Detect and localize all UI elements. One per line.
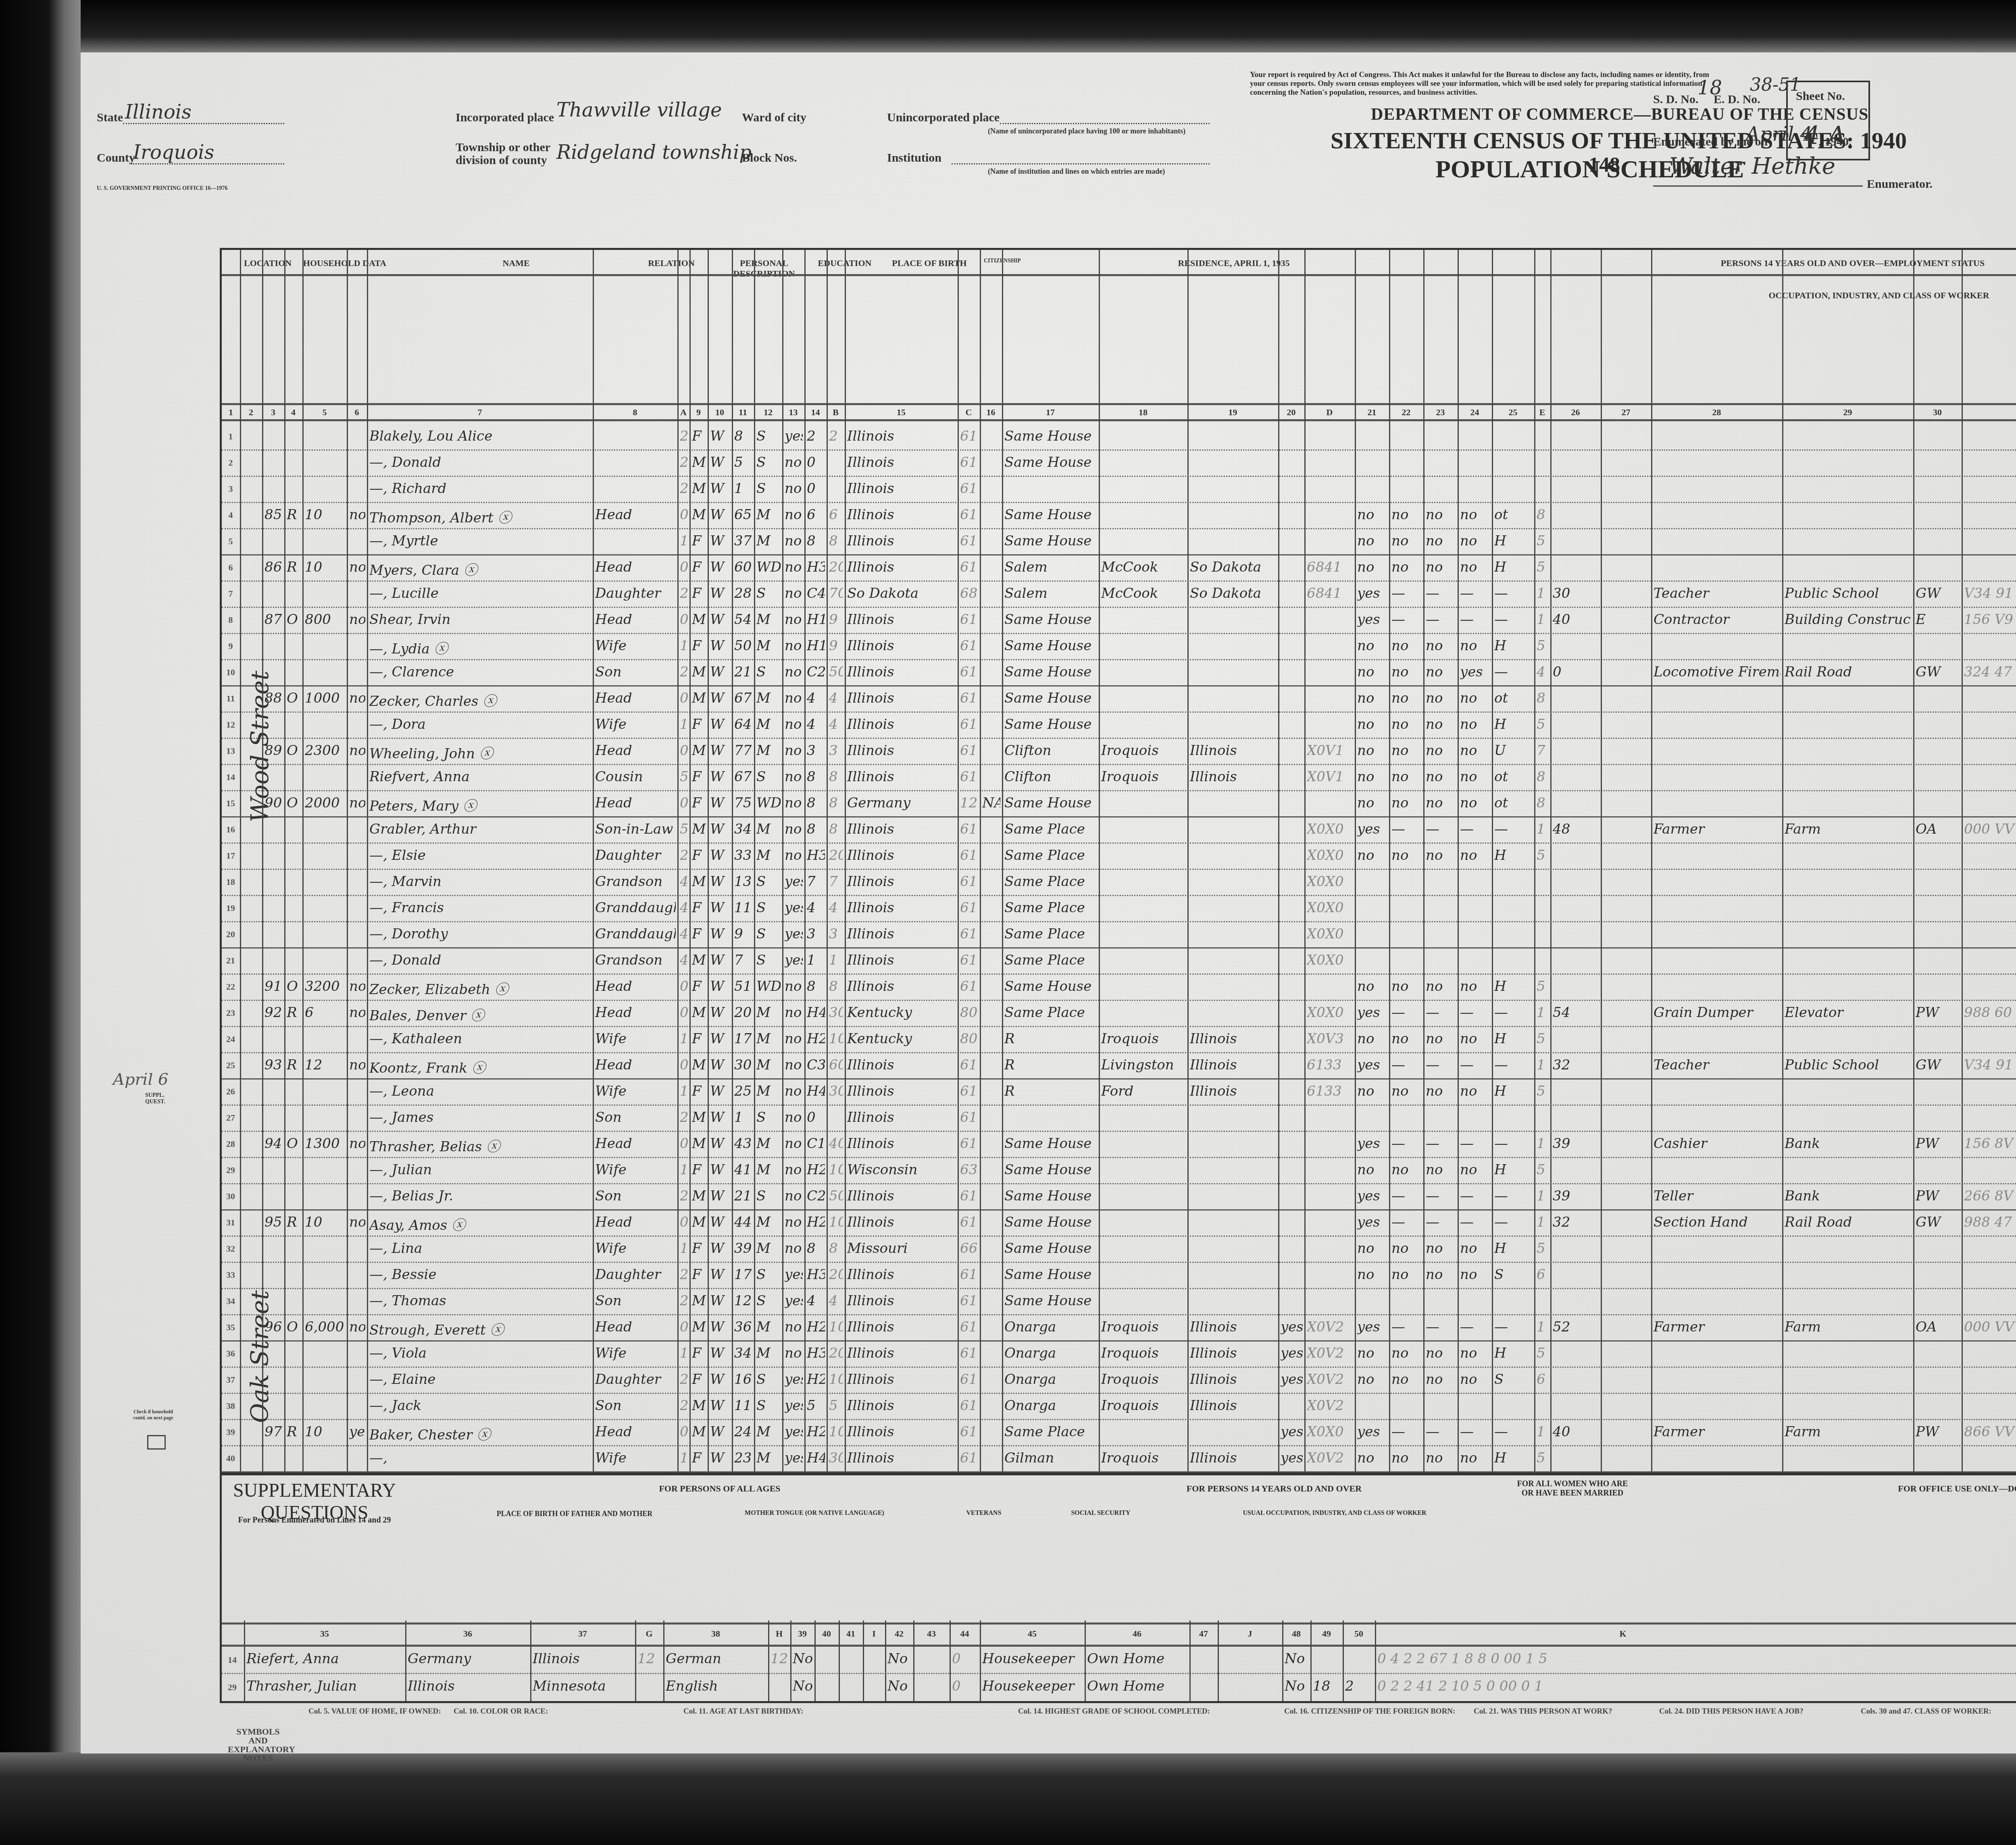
column-number: 18 [1099,407,1187,418]
cell-res-state: Illinois [1190,769,1277,785]
cell-relation: Head [595,743,676,759]
cell-name: Baker, Chester ⓧ [369,1424,591,1444]
supp-cell-tongue: German [666,1651,766,1667]
cell-c21: yes [1357,1424,1387,1440]
state-underline [123,123,284,124]
cell-code-e: 1 [1537,1005,1549,1021]
supp-cell-c44: 0 [952,1651,978,1667]
cell-race: W [710,690,730,706]
cell-hours: 52 [1553,1319,1599,1335]
cell-sex: F [692,795,706,811]
cell-class: PW [1916,1005,1960,1021]
line-number: 10 [223,667,239,678]
cell-code-c: 68 [960,585,978,601]
cell-race: W [710,1214,730,1230]
cell-c24: no [1460,795,1490,811]
cell-relation: Wife [595,1162,676,1178]
unincorporated-label: Unincorporated place [887,111,1000,125]
cell-code-a: 1 [680,1083,688,1099]
cell-race: W [710,821,730,837]
cell-birthplace: Illinois [847,1267,956,1283]
cell-name: Shear, Irvin [369,612,591,628]
cell-grade: 3 [807,926,825,942]
cell-grade: H4 [807,1450,825,1466]
cell-code-b: 8 [829,795,843,811]
cell-race: W [710,559,730,575]
line-number: 21 [223,955,239,966]
line-number: 14 [223,772,239,782]
cell-sex: M [692,1188,706,1204]
cell-code-a: 0 [680,1319,688,1335]
cell-code-b: 50 [829,1188,843,1204]
cell-code-a: 0 [680,1214,688,1230]
cell-grade: 2 [807,428,825,444]
cell-value: 2000 [305,795,345,811]
cell-res-city: Same House [1004,612,1097,628]
county-value: Iroquois [133,141,214,164]
cell-relation: Head [595,1005,676,1021]
cell-code-a: 2 [680,1267,688,1283]
household-continued-note: Check if household contd. on next page [133,1409,173,1421]
line-number: 33 [223,1270,239,1280]
cell-c22: no [1391,978,1422,994]
cell-code-c: 61 [960,1398,978,1414]
cell-school: no [785,1109,803,1125]
line-number: 35 [223,1322,239,1333]
column-number: 17 [1002,407,1099,418]
column-number: 8 [593,407,677,418]
cell-code-c: 61 [960,900,978,916]
cell-code-a: 0 [680,1424,688,1440]
cell-relation: Head [595,1057,676,1073]
cell-birthplace: Illinois [847,664,956,680]
cell-tenure: R [287,559,301,575]
line-number: 2 [223,458,239,468]
cell-code-c: 61 [960,952,978,968]
line-number: 22 [223,982,239,992]
supp-column-number: 38 [663,1629,768,1639]
cell-race: W [710,978,730,994]
cell-marital: M [756,533,781,549]
cell-c25: ot [1494,507,1533,523]
supp-cell-father: Illinois [408,1678,529,1694]
cell-c21: yes [1357,1188,1387,1204]
cell-hours: 40 [1553,1424,1599,1440]
cell-c21: no [1357,795,1387,811]
cell-c23: no [1426,559,1456,575]
cell-relation: Wife [595,638,676,654]
cell-code-c: 61 [960,821,978,837]
cell-age: 34 [734,1345,752,1361]
cell-code-e: 1 [1537,1057,1549,1073]
cell-tenure: R [287,507,301,523]
cell-code-c: 80 [960,1005,978,1021]
cell-res-state: Illinois [1190,1398,1277,1414]
cell-code-b: 9 [829,638,843,654]
cell-code-b: 2 [829,428,843,444]
cell-sex: F [692,1240,706,1256]
cell-c24: — [1460,1319,1490,1335]
cell-hours: 48 [1553,821,1599,837]
cell-birthplace: Illinois [847,612,956,628]
supp-column-number: 41 [839,1629,863,1639]
cell-sex: M [692,1057,706,1073]
note-col21: Col. 21. WAS THIS PERSON AT WORK? [1474,1707,1612,1716]
cell-birthplace: Illinois [847,1450,956,1466]
supp-column-number: 48 [1282,1629,1310,1639]
column-number: 24 [1458,407,1492,418]
cell-res-city: Clifton [1004,743,1097,759]
cell-c24: no [1460,1083,1490,1099]
cell-c23: — [1426,585,1456,601]
cell-marital: S [756,769,781,785]
cell-code-a: 2 [680,480,688,497]
column-number: D [1304,407,1355,418]
cell-c22: — [1391,1214,1422,1230]
cell-sex: F [692,1345,706,1361]
cell-birthplace: Illinois [847,1083,956,1099]
section-citizenship: CITIZENSHIP [984,258,1008,264]
cell-code-e: 6 [1537,1267,1549,1283]
cell-relation: Head [595,978,676,994]
ward-label: Ward of city [742,111,806,125]
cell-sex: F [692,1267,706,1283]
cell-c21: no [1357,1031,1387,1047]
cell-age: 51 [734,978,752,994]
cell-grade: 3 [807,743,825,759]
incorporated-value: Thawville village [556,99,722,121]
cell-farm: no [349,743,365,759]
line-number: 29 [223,1165,239,1175]
cell-school: no [785,795,803,811]
cell-school: no [785,821,803,837]
cell-class: GW [1916,585,1960,601]
cell-marital: M [756,612,781,628]
cell-c21: no [1357,1345,1387,1361]
cell-marital: S [756,664,781,680]
cell-c24: no [1460,1031,1490,1047]
cell-code-b: 60 [829,1057,843,1073]
supp-cell-office: 0 2 2 41 2 10 5 0 00 0 1 [1377,1678,1869,1694]
supp-cell-vet: No [793,1651,813,1667]
cell-c25: — [1494,1319,1533,1335]
veterans-heading: VETERANS [919,1510,1048,1517]
cell-grade: H4 [807,1005,825,1021]
cell-code-e: 1 [1537,1188,1549,1204]
cell-res-state: Illinois [1190,1057,1277,1073]
cell-code-b: 10 [829,1371,843,1387]
line-number: 17 [223,851,239,861]
cell-grade: C3 [807,1057,825,1073]
cell-code-d: X0V1 [1307,743,1353,759]
block-label: Block Nos. [742,151,797,165]
cell-code-c: 61 [960,480,978,497]
cell-race: W [710,874,730,890]
cell-res-state: So Dakota [1190,585,1277,601]
unincorporated-note: (Name of unincorporated place having 100… [988,127,1185,135]
cell-age: 75 [734,795,752,811]
column-number: 28 [1651,407,1782,418]
checkbox-household-continued[interactable] [147,1435,166,1450]
column-number: 27 [1601,407,1651,418]
cell-marital: S [756,926,781,942]
cell-c25: — [1494,1424,1533,1440]
column-number: 2 [240,407,262,418]
cell-code-c: 12 [960,795,978,811]
cell-school: no [785,1240,803,1256]
line-number: 15 [223,798,239,809]
cell-grade: H3 [807,1345,825,1361]
cell-sex: M [692,480,706,497]
cell-marital: S [756,480,781,497]
cell-marital: M [756,1136,781,1152]
column-number: 13 [782,407,804,418]
cell-marital: S [756,1371,781,1387]
cell-sex: M [692,1398,706,1414]
cell-relation: Wife [595,1083,676,1099]
cell-code-c: 61 [960,1319,978,1335]
column-number: 10 [708,407,732,418]
cell-c24: no [1460,559,1490,575]
cell-school: yes [785,926,803,942]
cell-farm: no [349,1214,365,1230]
cell-grade: H2 [807,1371,825,1387]
cell-name: Myers, Clara ⓧ [369,559,591,579]
office-use-heading: FOR OFFICE USE ONLY—DO NOT WRITE IN THES… [1629,1483,2016,1494]
cell-code-a: 5 [680,821,688,837]
cell-birthplace: Illinois [847,1345,956,1361]
cell-race: W [710,638,730,654]
line-number: 39 [223,1427,239,1437]
cell-marital: M [756,1240,781,1256]
cell-c25: H [1494,1083,1533,1099]
cell-code-a: 2 [680,585,688,601]
cell-c23: no [1426,507,1456,523]
cell-age: 36 [734,1319,752,1335]
column-number: A [677,407,689,418]
cell-relation: Head [595,1136,676,1152]
column-number: 3 [262,407,284,418]
cell-occupation: Farmer [1654,821,1781,837]
note-col5: Col. 5. VALUE OF HOME, IF OWNED: [308,1707,441,1716]
line-number: 20 [223,929,239,940]
confidentiality-notice: Your report is required by Act of Congre… [1250,71,1714,97]
cell-code-b: 20 [829,1267,843,1283]
cell-sex: F [692,1450,706,1466]
cell-c24: no [1460,716,1490,732]
cell-relation: Son [595,1188,676,1204]
cell-birthplace: Illinois [847,874,956,890]
cell-relation: Wife [595,1345,676,1361]
cell-c24: no [1460,1267,1490,1283]
column-number: E [1534,407,1550,418]
state-value: Illinois [125,101,192,123]
cell-farm35: yes [1281,1371,1303,1387]
cell-code-f: 266 8V 1 [1964,1188,2016,1204]
cell-c25: U [1494,743,1533,759]
cell-hours: 32 [1553,1057,1599,1073]
cell-school: yes [785,1371,803,1387]
cell-name: —, Viola [369,1345,591,1361]
column-number: 21 [1355,407,1389,418]
cell-school: no [785,559,803,575]
cell-marital: M [756,1450,781,1466]
cell-race: W [710,952,730,968]
cell-res-city: Same Place [1004,952,1097,968]
cell-marital: M [756,1005,781,1021]
cell-race: W [710,1083,730,1099]
cell-farm: no [349,612,365,628]
cell-tenure: O [287,1136,301,1152]
cell-c21: yes [1357,1057,1387,1073]
cell-code-b: 10 [829,1214,843,1230]
cell-code-f: 000 VV 4 [1964,821,2016,837]
supp-cell-ss: No [887,1651,912,1667]
cell-sex: F [692,1031,706,1047]
cell-name: —, Dorothy [369,926,591,942]
cell-code-b: 20 [829,1345,843,1361]
cell-grade: 4 [807,1293,825,1309]
cell-race: W [710,480,730,497]
cell-name: Grabler, Arthur [369,821,591,837]
cell-hours: 40 [1553,612,1599,628]
cell-marital: S [756,952,781,968]
cell-res-city: Same House [1004,1188,1097,1204]
cell-code-a: 2 [680,1293,688,1309]
cell-c21: no [1357,559,1387,575]
cell-res-city: Same House [1004,454,1097,470]
cell-code-a: 1 [680,1345,688,1361]
cell-res-county: Iroquois [1101,1371,1186,1387]
cell-marital: WD [756,795,781,811]
cell-c22: no [1391,533,1422,549]
cell-class: PW [1916,1136,1960,1152]
section-residence: RESIDENCE, APRIL 1, 1935 [1028,258,1439,268]
cell-hours: 54 [1553,1005,1599,1021]
cell-res-city: Same Place [1004,1005,1097,1021]
cell-code-c: 80 [960,1031,978,1047]
institution-underline [952,163,1210,164]
cell-birthplace: Illinois [847,559,956,575]
cell-relation: Daughter [595,847,676,863]
cell-code-f: V34 91 2 [1964,585,2016,601]
cell-name: —, Elsie [369,847,591,863]
cell-industry: Bank [1785,1188,1912,1204]
cell-age: 11 [734,1398,752,1414]
cell-name: —, Dora [369,716,591,732]
cell-name: —, Marvin [369,874,591,890]
cell-industry: Public School [1785,585,1912,601]
cell-code-f: 156 V9 3 [1964,612,2016,628]
cell-res-county: Iroquois [1101,1345,1186,1361]
cell-name: Peters, Mary ⓧ [369,795,591,815]
cell-marital: M [756,1057,781,1073]
column-number: 5 [302,407,347,418]
cell-class: PW [1916,1424,1960,1440]
line-number: 34 [223,1296,239,1306]
cell-marital: M [756,638,781,654]
cell-res-city: Same House [1004,716,1097,732]
cell-race: W [710,585,730,601]
cell-farm: no [349,690,365,706]
cell-c22: no [1391,1162,1422,1178]
cell-race: W [710,1005,730,1021]
cell-code-e: 6 [1537,1371,1549,1387]
cell-value: 10 [305,1424,345,1440]
cell-code-b: 8 [829,1240,843,1256]
cell-c24: no [1460,978,1490,994]
cell-code-e: 8 [1537,690,1549,706]
cell-c22: no [1391,1083,1422,1099]
cell-code-b: 30 [829,1005,843,1021]
cell-farm: no [349,978,365,994]
cell-c23: no [1426,664,1456,680]
cell-c23: — [1426,1214,1456,1230]
april-margin-note: April 6 [113,1070,168,1089]
cell-c24: no [1460,533,1490,549]
cell-marital: S [756,900,781,916]
cell-industry: Public School [1785,1057,1912,1073]
cell-c21: no [1357,847,1387,863]
cell-c21: no [1357,1162,1387,1178]
cell-c23: no [1426,533,1456,549]
symbols-heading: SYMBOLS AND EXPLANATORY NOTES [228,1727,288,1763]
cell-code-e: 8 [1537,507,1549,523]
cell-occupation: Contractor [1654,612,1781,628]
supp-cell-married-more: No [1285,1678,1309,1694]
cell-school: no [785,978,803,994]
cell-code-d: X0X0 [1307,1424,1353,1440]
cell-res-city: R [1004,1083,1097,1099]
cell-res-city: Same Place [1004,821,1097,837]
line-number: 38 [223,1401,239,1411]
cell-age: 33 [734,847,752,863]
cell-code-b: 5 [829,1398,843,1414]
cell-tenure: O [287,743,301,759]
cell-marital: S [756,874,781,890]
cell-c25: H [1494,1240,1533,1256]
cell-res-city: Same Place [1004,900,1097,916]
cell-c22: — [1391,821,1422,837]
cell-birthplace: Illinois [847,716,956,732]
cell-value: 12 [305,1057,345,1073]
cell-code-f: 988 47 1 [1964,1214,2016,1230]
cell-c22: no [1391,1450,1422,1466]
cell-code-a: 4 [680,874,688,890]
cell-tenure: R [287,1005,301,1021]
cell-tenure: R [287,1057,301,1073]
cell-code-b: 10 [829,1031,843,1047]
cell-value: 10 [305,507,345,523]
cell-code-d: X0V2 [1307,1450,1353,1466]
line-number: 24 [223,1034,239,1044]
cell-c21: yes [1357,612,1387,628]
cell-occupation: Locomotive Fireman [1654,664,1781,680]
supp-cell-father: Germany [408,1651,529,1667]
cell-c24: no [1460,690,1490,706]
column-number: 9 [689,407,708,418]
cell-grade: 0 [807,1109,825,1125]
cell-c21: yes [1357,821,1387,837]
cell-res-city: Same Place [1004,874,1097,890]
cell-code-c: 61 [960,507,978,523]
cell-age: 7 [734,952,752,968]
cell-c22: no [1391,716,1422,732]
cell-relation: Head [595,690,676,706]
cell-code-c: 61 [960,1293,978,1309]
cell-birthplace: Illinois [847,1398,956,1414]
supp-column-number: 39 [790,1629,814,1639]
